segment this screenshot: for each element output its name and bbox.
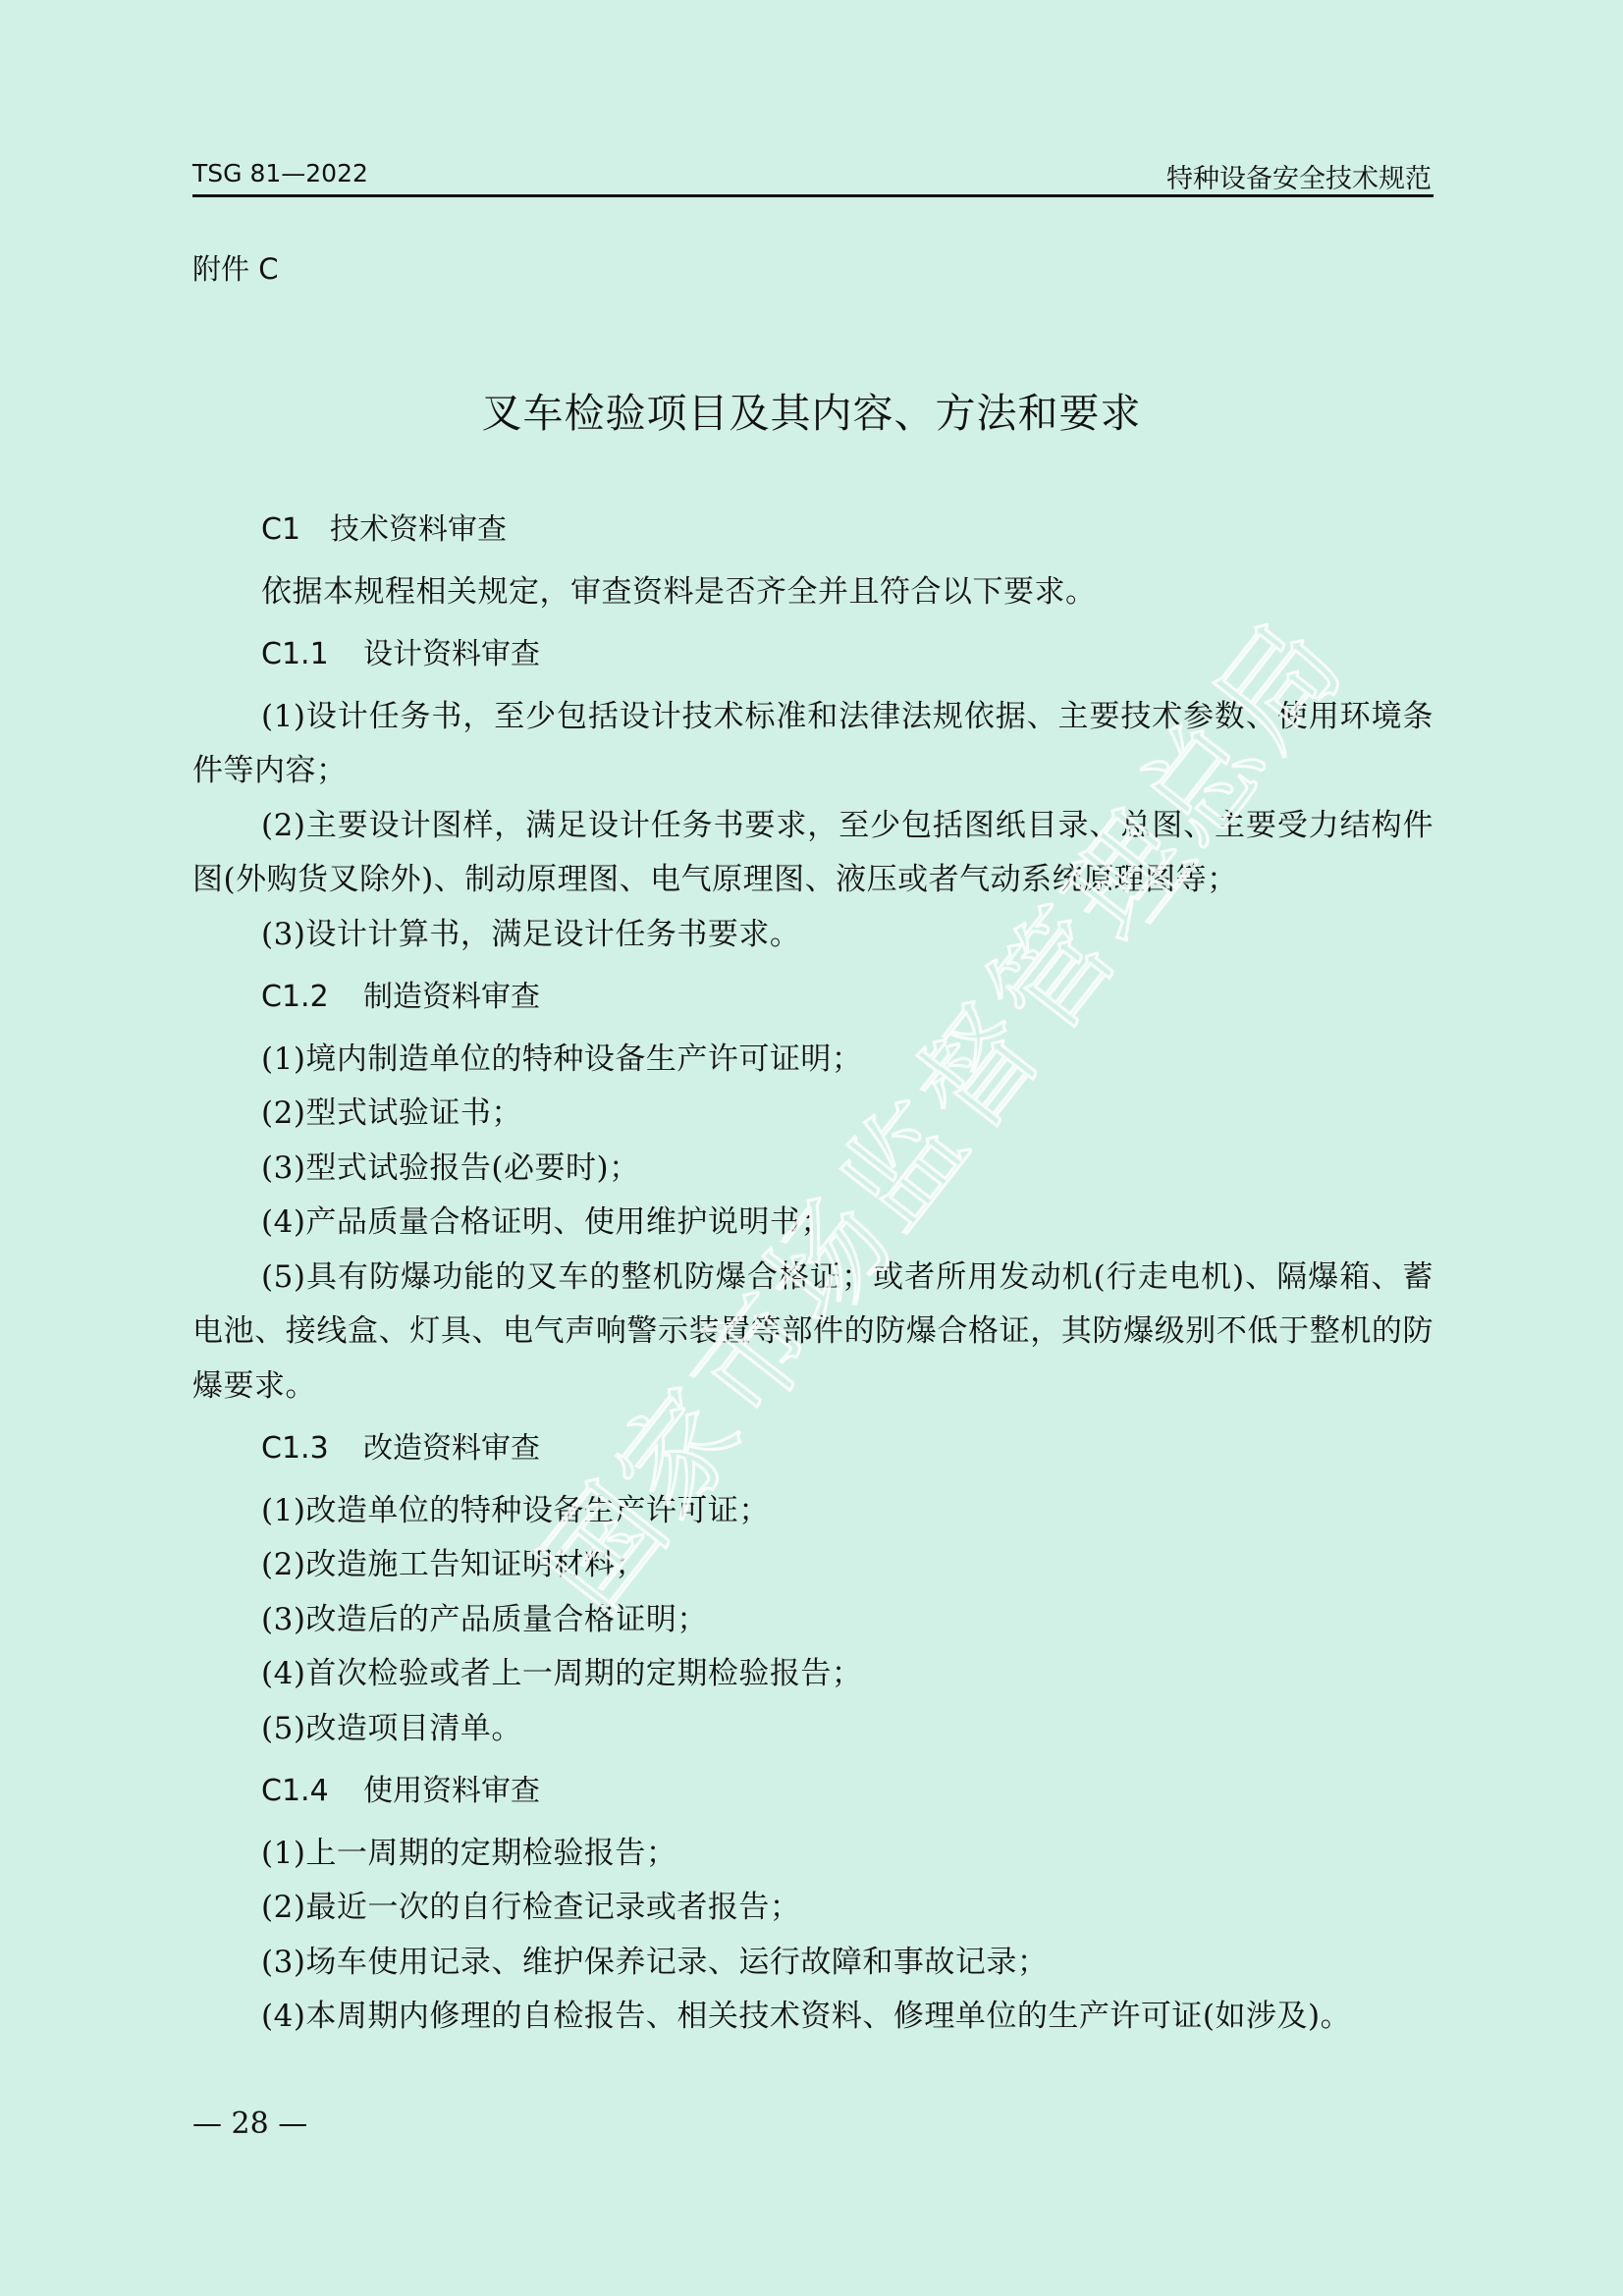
list-item: (1)改造单位的特种设备生产许可证； bbox=[192, 1484, 1434, 1539]
section-number: C1.1 bbox=[261, 627, 363, 682]
section-heading-c1-1: C1.1设计资料审查 bbox=[192, 627, 1434, 682]
list-item: (1)上一周期的定期检验报告； bbox=[192, 1827, 1434, 1882]
section-title: 设计资料审查 bbox=[363, 637, 540, 671]
list-item: (2)改造施工告知证明材料； bbox=[192, 1538, 1434, 1593]
section-number: C1 bbox=[261, 503, 330, 558]
section-number: C1.3 bbox=[261, 1421, 363, 1476]
section-heading-c1-4: C1.4使用资料审查 bbox=[192, 1764, 1434, 1819]
list-item: (5)具有防爆功能的叉车的整机防爆合格证；或者所用发动机(行走电机)、隔爆箱、蓄… bbox=[192, 1251, 1434, 1415]
list-item: (2)型式试验证书； bbox=[192, 1087, 1434, 1142]
section-title: 改造资料审查 bbox=[363, 1431, 540, 1466]
section-title: 技术资料审查 bbox=[330, 512, 507, 547]
section-number: C1.4 bbox=[261, 1764, 363, 1819]
list-item: (3)型式试验报告(必要时)； bbox=[192, 1142, 1434, 1197]
document-title: 叉车检验项目及其内容、方法和要求 bbox=[0, 381, 1623, 439]
list-item: (5)改造项目清单。 bbox=[192, 1702, 1434, 1757]
list-item: (2)主要设计图样，满足设计任务书要求，至少包括图纸目录、总图、主要受力结构件图… bbox=[192, 799, 1434, 908]
appendix-label: 附件 C bbox=[192, 247, 278, 288]
list-item: (3)改造后的产品质量合格证明； bbox=[192, 1593, 1434, 1648]
section-title: 使用资料审查 bbox=[363, 1774, 540, 1808]
list-item: (4)本周期内修理的自检报告、相关技术资料、修理单位的生产许可证(如涉及)。 bbox=[192, 1990, 1434, 2045]
section-heading-c1: C1技术资料审查 bbox=[192, 503, 1434, 558]
list-item: (4)产品质量合格证明、使用维护说明书； bbox=[192, 1196, 1434, 1251]
list-item: (1)设计任务书，至少包括设计技术标准和法律法规依据、主要技术参数、使用环境条件… bbox=[192, 690, 1434, 799]
list-item: (3)场车使用记录、维护保养记录、运行故障和事故记录； bbox=[192, 1936, 1434, 1991]
section-intro: 依据本规程相关规定，审查资料是否齐全并且符合以下要求。 bbox=[192, 565, 1434, 620]
list-item: (1)境内制造单位的特种设备生产许可证明； bbox=[192, 1033, 1434, 1088]
standard-code: TSG 81—2022 bbox=[192, 159, 368, 187]
section-heading-c1-3: C1.3改造资料审查 bbox=[192, 1421, 1434, 1476]
regulation-category: 特种设备安全技术规范 bbox=[1166, 157, 1432, 195]
page-number: — 28 — bbox=[192, 2107, 307, 2141]
section-number: C1.2 bbox=[261, 970, 363, 1025]
page-header: TSG 81—2022 特种设备安全技术规范 bbox=[192, 155, 1434, 197]
section-heading-c1-2: C1.2制造资料审查 bbox=[192, 970, 1434, 1025]
document-body: C1技术资料审查 依据本规程相关规定，审查资料是否齐全并且符合以下要求。 C1.… bbox=[192, 503, 1434, 2045]
list-item: (3)设计计算书，满足设计任务书要求。 bbox=[192, 908, 1434, 963]
list-item: (4)首次检验或者上一周期的定期检验报告； bbox=[192, 1647, 1434, 1702]
section-title: 制造资料审查 bbox=[363, 980, 540, 1014]
list-item: (2)最近一次的自行检查记录或者报告； bbox=[192, 1881, 1434, 1936]
